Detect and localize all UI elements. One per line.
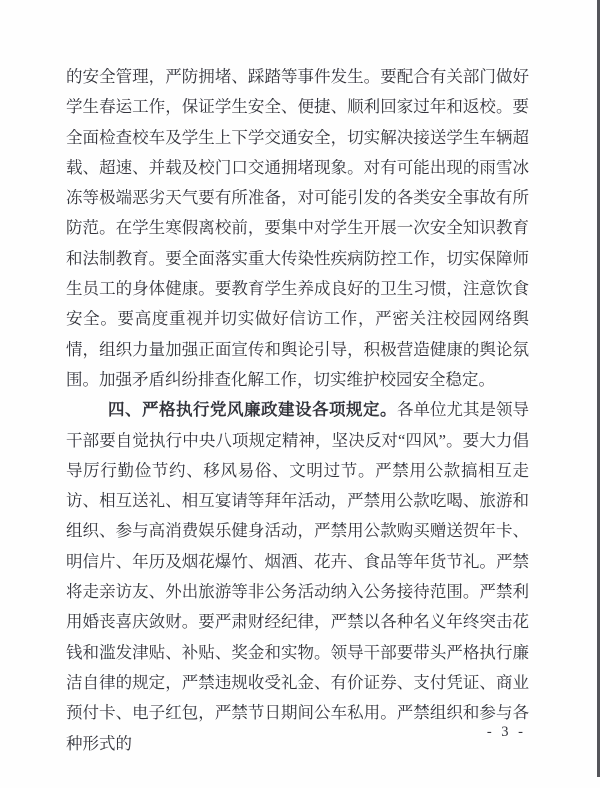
paragraph-text: 各单位尤其是领导干部要自觉执行中央八项规定精神，坚决反对“四风”。要大力倡导厉行…	[66, 400, 529, 752]
paragraph-text: 的安全管理，严防拥堵、踩踏等事件发生。要配合有关部门做好学生春运工作，保证学生安…	[66, 67, 529, 389]
section-heading: 四、严格执行党风廉政建设各项规定。	[108, 400, 397, 419]
paragraph-party-discipline: 四、严格执行党风廉政建设各项规定。各单位尤其是领导干部要自觉执行中央八项规定精神…	[66, 395, 529, 759]
paragraph-campus-safety: 的安全管理，严防拥堵、踩踏等事件发生。要配合有关部门做好学生春运工作，保证学生安…	[66, 62, 529, 395]
document-body: 的安全管理，严防拥堵、踩踏等事件发生。要配合有关部门做好学生春运工作，保证学生安…	[66, 62, 529, 759]
page-number: - 3 -	[487, 724, 526, 741]
document-page: 的安全管理，严防拥堵、踩踏等事件发生。要配合有关部门做好学生春运工作，保证学生安…	[0, 0, 600, 788]
